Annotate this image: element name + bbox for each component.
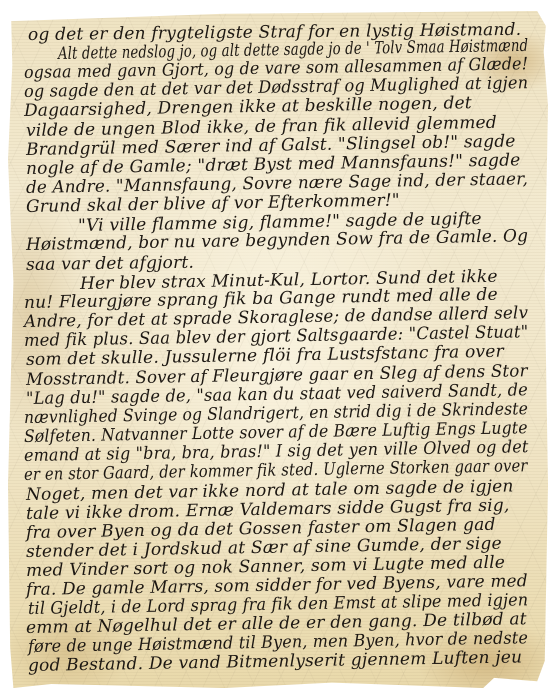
handwritten-text-block: og det er den frygteligste Straf for en … — [8, 11, 548, 688]
manuscript-page: og det er den frygteligste Straf for en … — [8, 11, 548, 688]
